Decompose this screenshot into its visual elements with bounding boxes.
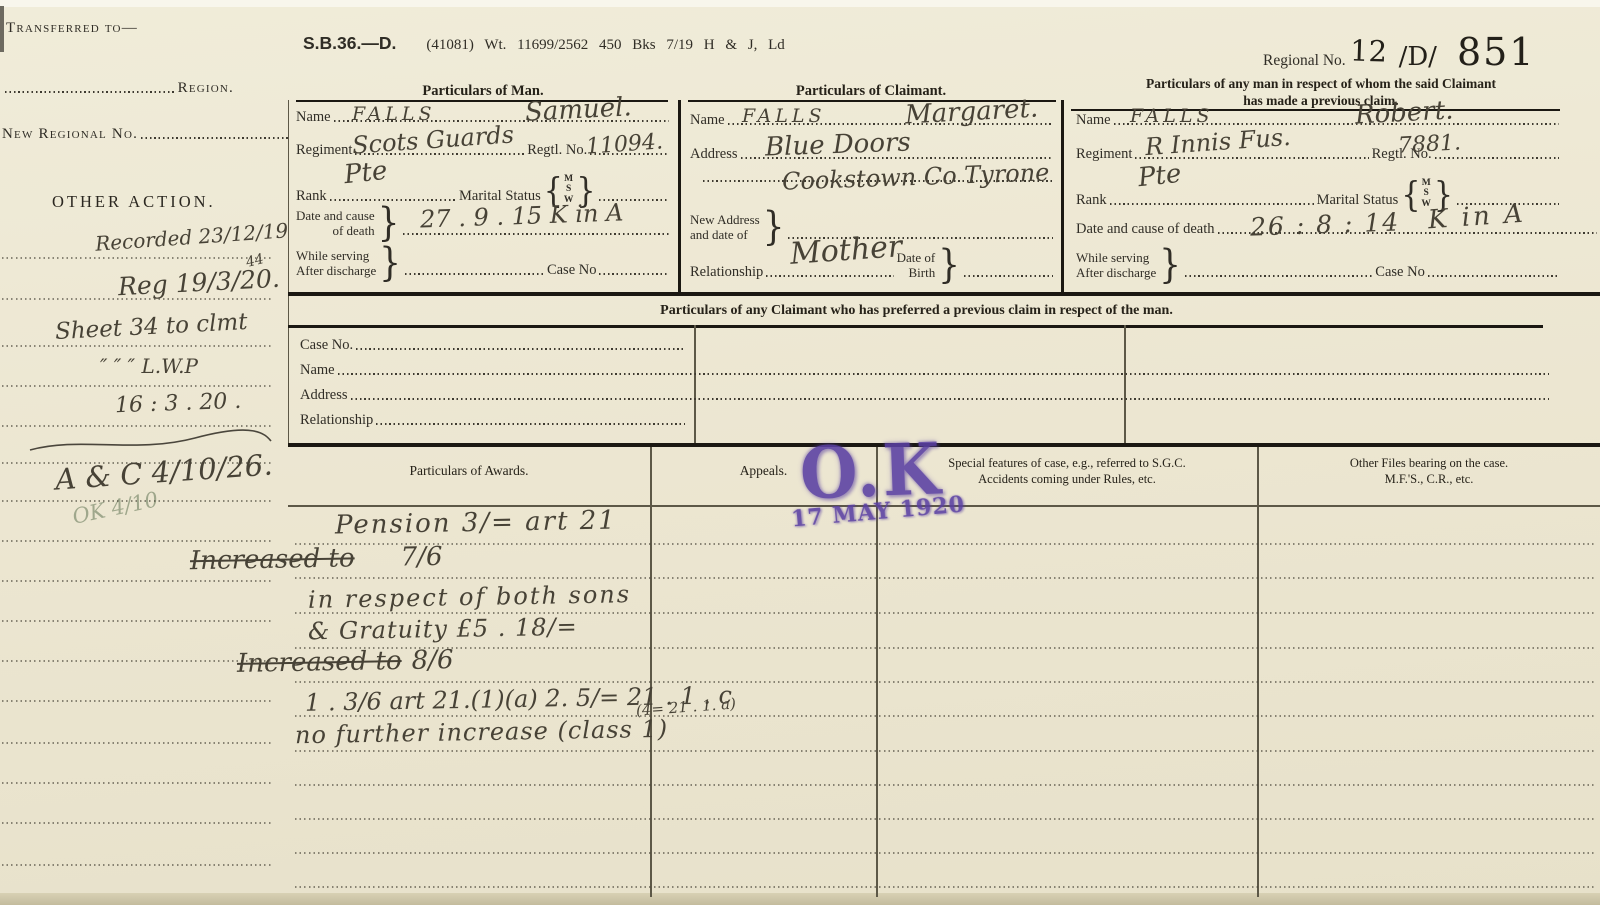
previous-man-death-value-2: K in A: [1427, 201, 1526, 234]
brace-close-glyph: }: [378, 206, 400, 241]
print-code: (41081) Wt. 11699/2562 450 Bks 7/19 H & …: [426, 37, 784, 53]
previous-claimant-case-no-row: Case No.: [300, 338, 688, 354]
previous-man-regtl-dotted-line: [1435, 157, 1559, 159]
previous-claimant-address-label: Address: [300, 388, 348, 404]
award-line-2-struck: Increased to: [190, 543, 355, 576]
ruled-dotted-line: [295, 612, 1595, 614]
note-ditto: ″ ″ ″ L.W.P: [100, 356, 198, 376]
award-line-5: Increased to8/6: [237, 647, 454, 677]
man-marital-s: S: [564, 184, 574, 194]
previous-man-serving-label-1: While serving: [1076, 251, 1156, 266]
new-regional-dotted-line: [141, 137, 289, 139]
regional-no-part2: /D/: [1399, 42, 1437, 72]
region-dotted-line: [5, 91, 175, 93]
previous-man-rank-dotted-line: [1110, 203, 1314, 205]
previous-claim-divider-2: [1124, 325, 1126, 445]
ruled-dotted-line: [295, 784, 1595, 786]
man-case-no-dotted-line: [599, 273, 669, 275]
man-death-value: 27 . 9 . 15 K in A: [420, 200, 624, 231]
ruled-dotted-line: [2, 385, 272, 387]
claimant-address-value-1: Blue Doors: [765, 129, 912, 160]
previous-claimant-address-row: Address: [300, 388, 1552, 404]
new-regional-label: New Regional No.: [2, 126, 138, 143]
award-line-2-value: 7/6: [400, 542, 442, 573]
note-sheet: Sheet 34 to clmt: [55, 311, 249, 344]
previous-claim-divider-1: [694, 325, 696, 445]
man-name-forename: Samuel.: [524, 94, 632, 126]
scan-edge-bottom: [0, 893, 1600, 905]
previous-man-death-label: Date and cause of death: [1076, 222, 1215, 238]
pension-record-card: Transferred to— S.B.36.—D. (41081) Wt. 1…: [0, 0, 1600, 905]
man-death-label-2: of death: [296, 224, 375, 239]
award-line-4: & Gratuity £5 . 18/=: [308, 615, 578, 644]
ruled-dotted-line: [295, 681, 1595, 683]
previous-man-case-no-label: Case No: [1375, 265, 1425, 281]
awards-table-top-rule: [288, 443, 1600, 447]
new-regional-row: New Regional No.: [2, 126, 292, 143]
claimant-relationship-value: Mother: [789, 232, 903, 270]
claimant-previousman-divider: [1061, 100, 1064, 294]
ruled-dotted-line: [2, 580, 272, 582]
note-ok-pencil: OK 4/10: [71, 489, 160, 528]
man-serving-label-1: While serving: [296, 249, 376, 264]
other-files-header-line1: Other Files bearing on the case.: [1258, 456, 1600, 472]
man-claimant-divider: [678, 100, 681, 294]
ruled-dotted-line: [295, 750, 1595, 752]
previous-man-serving-dotted-line: [1185, 275, 1372, 277]
claimant-relationship-label: Relationship: [690, 265, 763, 281]
man-death-dotted-line: [403, 233, 669, 235]
claimant-dob-dotted-line: [964, 275, 1053, 277]
note-date: 16 : 3 . 20 .: [115, 391, 242, 417]
previous-man-name-forename: Robert.: [1354, 97, 1454, 128]
ruled-dotted-line: [295, 543, 1595, 545]
previous-claimant-relationship-dotted-line: [376, 423, 685, 425]
award-line-5-value: 8/6: [411, 645, 453, 676]
regional-no-label: Regional No.: [1263, 52, 1346, 69]
ruled-dotted-line: [295, 715, 1595, 717]
man-rank-label: Rank: [296, 189, 327, 205]
man-case-no-label: Case No: [547, 263, 597, 279]
man-serving-label-2: After discharge: [296, 264, 376, 279]
ruled-dotted-line: [2, 782, 272, 784]
previous-man-rank-label: Rank: [1076, 193, 1107, 209]
ruled-dotted-line: [2, 540, 272, 542]
man-name-surname: FALLS: [352, 105, 436, 124]
claimant-name-surname: FALLS: [742, 107, 826, 126]
man-regtl-value: 11094.: [585, 131, 663, 158]
scan-edge-top: [0, 0, 1600, 7]
claimant-dob-label-2: Birth: [897, 266, 936, 281]
previous-claimant-case-no-label: Case No.: [300, 338, 353, 354]
ruled-dotted-line: [2, 700, 272, 702]
previous-claimant-name-dotted-line: [338, 373, 1549, 375]
region-label: Region.: [178, 80, 234, 97]
award-line-7: no further increase (class 1): [295, 717, 669, 748]
brace-close-glyph: }: [1159, 248, 1181, 283]
ruled-dotted-line: [2, 620, 272, 622]
previous-claimant-name-row: Name: [300, 363, 1552, 379]
award-line-3: in respect of both sons: [308, 582, 631, 612]
previous-claimant-relationship-row: Relationship: [300, 413, 688, 429]
previous-man-name-surname: FALLS: [1130, 107, 1214, 126]
man-serving-dotted-line: [405, 273, 544, 275]
man-regtl-label: Regtl. No.: [527, 143, 587, 159]
ruled-dotted-line: [2, 660, 272, 662]
previous-claimant-relationship-label: Relationship: [300, 413, 373, 429]
previous-man-regiment-label: Regiment: [1076, 147, 1132, 163]
ruled-dotted-line: [295, 577, 1595, 579]
ruled-dotted-line: [2, 298, 272, 300]
previous-man-regtl-value: 7881.: [1397, 132, 1461, 157]
man-marital-m: M: [564, 174, 574, 184]
claimant-new-address-label-2: and date of: [690, 228, 760, 243]
man-regiment-label: Regiment: [296, 143, 352, 159]
previous-claimant-case-no-dotted-line: [356, 348, 685, 350]
ruled-dotted-line: [295, 818, 1595, 820]
previous-man-case-no-dotted-line: [1428, 275, 1559, 277]
brace-close-glyph: }: [763, 210, 785, 245]
previous-claimant-name-label: Name: [300, 363, 335, 379]
brace-open-glyph: {: [1401, 180, 1420, 211]
ruled-dotted-line: [2, 462, 272, 464]
previous-claimant-title: Particulars of any Claimant who has pref…: [288, 302, 1545, 320]
other-files-column-header: Other Files bearing on the case. M.F.'S.…: [1258, 456, 1600, 487]
man-serving-row: While serving After discharge } Case No: [296, 248, 672, 279]
region-row: Region.: [2, 80, 234, 97]
previous-man-serving-row: While serving After discharge } Case No: [1076, 250, 1562, 281]
claimant-name-forename: Margaret.: [904, 96, 1038, 129]
other-files-header-line2: M.F.'S., C.R., etc.: [1258, 472, 1600, 488]
main-left-rule: [288, 100, 289, 445]
previous-man-name-label: Name: [1076, 113, 1111, 129]
previous-man-death-value: 26 : 8 : 14: [1250, 209, 1401, 239]
ruled-dotted-line: [295, 647, 1595, 649]
ruled-dotted-line: [2, 742, 272, 744]
previous-man-marital-s: S: [1421, 188, 1431, 198]
ruled-dotted-line: [2, 425, 272, 427]
regional-no-part3: 851: [1457, 30, 1536, 74]
claimant-name-label: Name: [690, 113, 725, 129]
awards-appeals-divider: [650, 447, 652, 897]
ruled-dotted-line: [2, 500, 272, 502]
ruled-dotted-line: [295, 886, 1595, 888]
previous-claimant-address-dotted-line: [351, 398, 1549, 400]
award-line-5-struck: Increased to: [237, 646, 402, 679]
previous-man-marital-m: M: [1421, 178, 1431, 188]
regional-no-part1: 12: [1349, 33, 1387, 68]
scan-corner-mark: [0, 6, 4, 52]
previous-man-serving-label-2: After discharge: [1076, 266, 1156, 281]
claimant-address-label: Address: [690, 147, 738, 163]
man-name-label: Name: [296, 110, 331, 126]
claimant-new-address-label-1: New Address: [690, 213, 760, 228]
brace-close-glyph: }: [938, 248, 960, 283]
note-a-and-c: A & C 4/10/26.: [54, 450, 273, 494]
ruled-dotted-line: [2, 257, 272, 259]
regional-number-block: Regional No. 12 /D/ 851: [1263, 30, 1535, 74]
ruled-dotted-line: [295, 852, 1595, 854]
ruled-dotted-line: [2, 345, 272, 347]
claimant-address-value-2: Cookstown Co Tyrone: [782, 160, 1050, 193]
top-section-bottom-rule: [288, 292, 1600, 296]
award-line-2: Increased to7/6: [190, 544, 443, 574]
man-rank-value: Pte: [343, 158, 389, 188]
claimant-relationship-dotted-line: [766, 275, 893, 277]
note-reg: Reg 19/3/20.: [117, 266, 280, 299]
other-action-label: OTHER ACTION.: [52, 192, 216, 212]
man-death-label-1: Date and cause: [296, 209, 375, 224]
awards-column-header: Particulars of Awards.: [288, 463, 650, 480]
previous-man-rank-value: Pte: [1137, 161, 1183, 191]
form-number-line: S.B.36.—D. (41081) Wt. 11699/2562 450 Bk…: [303, 33, 785, 54]
award-line-1: Pension 3/= art 21: [335, 508, 617, 539]
ruled-dotted-line: [2, 864, 272, 866]
previous-man-title-line1: Particulars of any man in respect of who…: [1066, 76, 1576, 93]
special-otherfiles-divider: [1257, 447, 1259, 897]
transferred-to-label: Transferred to—: [6, 20, 138, 37]
note-recorded: Recorded 23/12/19: [95, 220, 289, 253]
brace-close-glyph: }: [379, 246, 401, 281]
previous-claim-header-rule: [288, 325, 1543, 328]
ruled-dotted-line: [2, 822, 272, 824]
form-number: S.B.36.—D.: [303, 33, 396, 53]
